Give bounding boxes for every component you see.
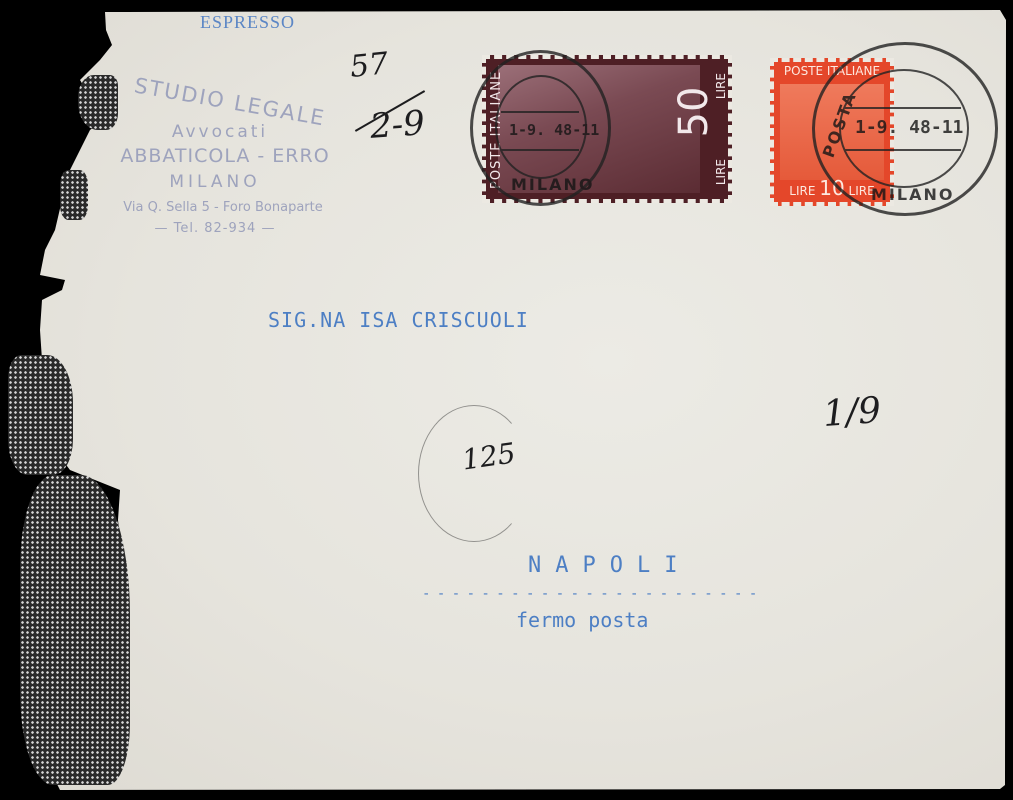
- sender-stamp-phone: — Tel. 82-934 —: [115, 221, 315, 236]
- espresso-label: ESPRESSO: [200, 12, 295, 33]
- stamp-currency: LIRE: [789, 184, 815, 198]
- city-underline: - - - - - - - - - - - - - - - - - - - - …: [422, 586, 756, 602]
- postmark-city: MILANO: [871, 185, 954, 204]
- handwritten-fraction-top: 57: [348, 46, 390, 85]
- recipient-name: SIG.NA ISA CRISCUOLI: [268, 308, 529, 332]
- postmark-date: 1-9. 48-11: [855, 117, 963, 138]
- torn-lining-pattern: [8, 355, 73, 475]
- postmark-2: POSTA 1-9. 48-11 MILANO: [812, 42, 998, 216]
- sender-stamp-city: MILANO: [155, 172, 275, 192]
- delivery-instruction: fermo posta: [516, 608, 648, 632]
- torn-lining-pattern: [78, 75, 118, 130]
- postmark-city: MILANO: [511, 175, 594, 194]
- postmark-1: 1-9. 48-11 MILANO: [470, 50, 611, 206]
- sender-stamp-address: Via Q. Sella 5 - Foro Bonaparte: [98, 200, 348, 215]
- stamp-value: 50: [671, 82, 717, 142]
- sender-stamp-names: ABBATICOLA - ERRO: [110, 145, 340, 167]
- postmark-bar: [501, 149, 579, 151]
- destination-city: NAPOLI: [528, 553, 691, 578]
- torn-lining-pattern: [60, 170, 88, 220]
- postmark-bar: [845, 149, 961, 151]
- postmark-bar: [501, 111, 579, 113]
- handwritten-fraction-bottom: 2-9: [369, 103, 426, 147]
- envelope: ESPRESSO STUDIO LEGALE Avvocati ABBATICO…: [0, 0, 1013, 800]
- torn-lining-pattern: [20, 475, 130, 785]
- handwritten-date-note: 1/9: [822, 390, 883, 435]
- stamp-currency: LIRE: [714, 159, 728, 185]
- sender-stamp-avvocati: Avvocati: [170, 122, 270, 142]
- postmark-date: 1-9. 48-11: [509, 121, 599, 139]
- postmark-bar: [845, 107, 961, 109]
